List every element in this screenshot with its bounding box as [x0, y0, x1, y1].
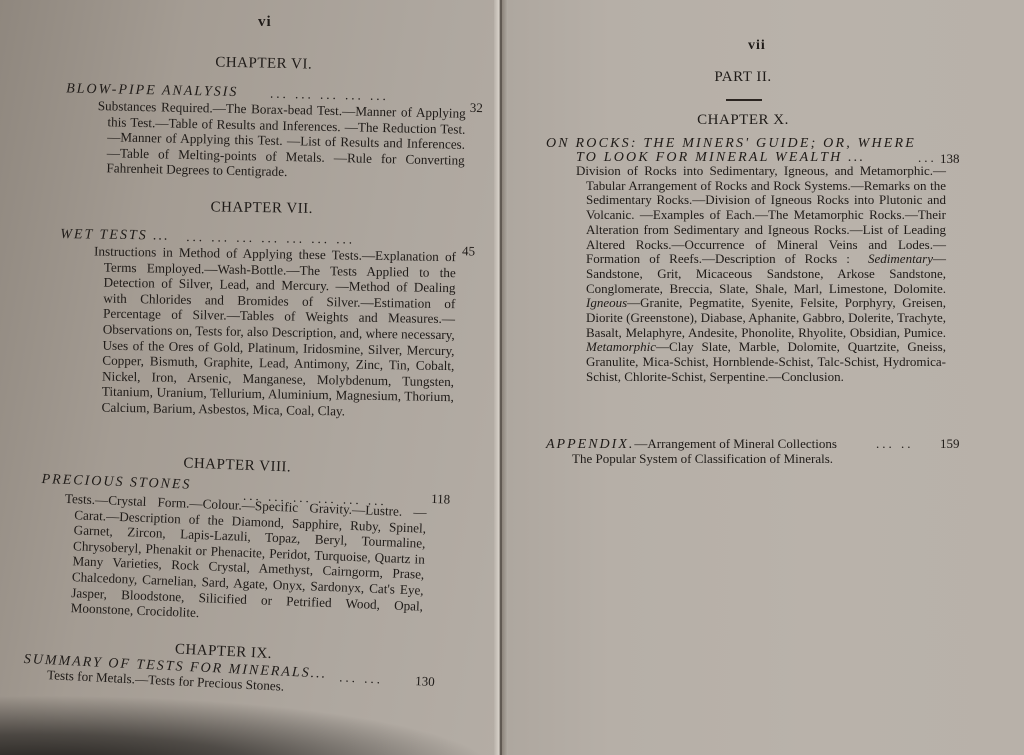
- appendix-title: APPENDIX.: [546, 437, 634, 452]
- chapter-description: Instructions in Method of Applying these…: [91, 244, 456, 421]
- page-reference: 130: [415, 673, 435, 690]
- left-page: vi CHAPTER VI. BLOW-PIPE ANALYSIS ... ..…: [0, 0, 500, 755]
- chapter-viii-block: CHAPTER VIII. PRECIOUS STONES ... ... ..…: [0, 0, 500, 19]
- chapter-description: Tests.—Crystal Form.—Colour.—Specific Gr…: [60, 491, 427, 630]
- section-rule: [726, 99, 762, 101]
- chapter-heading: CHAPTER VII.: [147, 198, 377, 219]
- chapter-title: WET TESTS ...: [60, 227, 170, 245]
- dot-leader: ... ..: [876, 436, 914, 452]
- right-page-number: vii: [748, 38, 766, 54]
- igneous-label: Igneous: [586, 295, 627, 310]
- chapter-vii-block: CHAPTER VII. WET TESTS ... ... ... ... .…: [0, 0, 500, 8]
- appendix-description: The Popular System of Classification of …: [572, 451, 833, 467]
- page-reference: 159: [940, 436, 960, 452]
- page-reference: 45: [462, 243, 475, 259]
- chapter-description: Division of Rocks into Sedimentary, Igne…: [576, 164, 946, 385]
- page-reference: 32: [470, 100, 483, 116]
- book-gutter: [494, 0, 508, 755]
- part-heading: PART II.: [678, 69, 808, 86]
- chapter-heading: CHAPTER VI.: [149, 53, 379, 75]
- chapter-heading: CHAPTER VIII.: [122, 453, 352, 479]
- right-page: vii PART II. CHAPTER X. ON ROCKS: THE MI…: [508, 0, 1024, 755]
- left-page-number: vi: [258, 14, 272, 31]
- appendix-text: —Arrangement of Mineral Collections: [634, 436, 837, 451]
- metamorphic-label: Metamorphic: [586, 339, 656, 354]
- chapter-title: BLOW-PIPE ANALYSIS: [66, 81, 239, 101]
- page-reference: 118: [431, 491, 451, 508]
- chapter-heading: CHAPTER X.: [668, 112, 818, 129]
- chapter-title: PRECIOUS STONES: [41, 472, 191, 494]
- chapter-ix-block: CHAPTER IX. SUMMARY OF TESTS FOR MINERAL…: [0, 0, 499, 24]
- sedimentary-label: Sedimentary: [868, 251, 933, 266]
- chapter-vi-block: CHAPTER VI. BLOW-PIPE ANALYSIS ... ... .…: [0, 0, 500, 10]
- chapter-description: Substances Required.—The Borax-bead Test…: [96, 98, 466, 184]
